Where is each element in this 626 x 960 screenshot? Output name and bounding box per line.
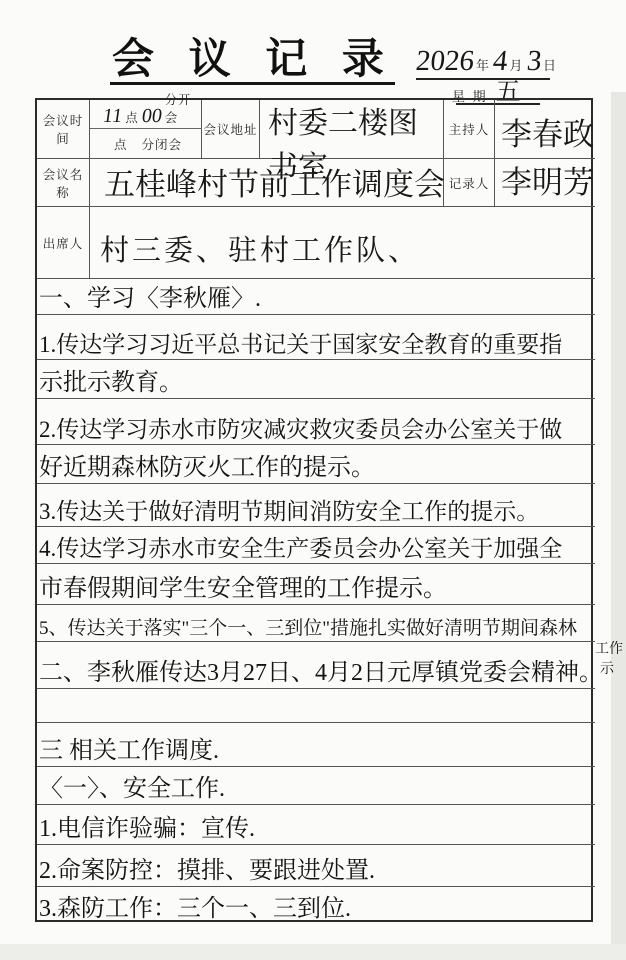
minutes-line: 三 相关工作调度.	[37, 723, 595, 767]
open-hour-handwritten: 11	[102, 106, 124, 126]
location-value-cell: 村委二楼图书室	[260, 100, 444, 159]
minutes-line-empty	[37, 689, 595, 723]
attendees-value-cell: 村三委、驻村工作队、	[90, 207, 595, 279]
open-suffix-label: 分开会	[165, 90, 197, 126]
date-month-label: 月	[510, 55, 525, 74]
open-minute-handwritten: 00	[140, 106, 163, 126]
date-day-handwritten: 3	[525, 47, 543, 76]
recorder-label-cell: 记录人	[444, 159, 495, 207]
open-hour-label: 点	[125, 108, 139, 126]
margin-note-overflow: 示	[600, 662, 614, 677]
minutes-line: 2.命案防控：摸排、要跟进处置.	[37, 845, 595, 887]
host-value-cell: 李春政	[495, 100, 595, 159]
minutes-line: 3.传达关于做好清明节期间消防安全工作的提示。	[37, 484, 595, 527]
date-year-handwritten: 2026	[414, 47, 475, 76]
minutes-line: 一、学习〈李秋雁〉.	[37, 279, 595, 315]
location-label-cell: 会议地址	[202, 100, 260, 159]
minutes-line: 5、传达关于落实"三个一、三到位"措施扎实做好清明节期间森林	[37, 605, 595, 642]
scanned-meeting-minutes-page: 会 议 记 录 2026 年 4 月 3 日 星 期 五 会议时间 11 点 0…	[0, 0, 626, 960]
meeting-time-label-cell: 会议时间	[37, 100, 90, 159]
meeting-name-label-cell: 会议名称	[37, 159, 90, 207]
date-month-handwritten: 4	[491, 47, 509, 76]
minutes-body: 一、学习〈李秋雁〉. 1.传达学习习近平总书记关于国家安全教育的重要指 示批示教…	[37, 279, 595, 924]
margin-note-overflow: 工作	[595, 642, 623, 657]
recorder-value-cell: 李明芳	[495, 159, 595, 207]
scan-edge-shadow-right	[611, 92, 626, 944]
date-line: 2026 年 4 月 3 日	[416, 38, 616, 76]
recorder-value-handwritten: 李明芳	[495, 167, 594, 206]
minutes-form-table: 会议时间 11 点 00 分开会 点 分闭会 会议地址 村委二楼图书室 主持人 …	[35, 98, 593, 922]
minutes-line: 市春假期间学生安全管理的工作提示。	[37, 564, 595, 605]
meeting-open-time: 11 点 00 分开会	[90, 100, 201, 129]
host-value-handwritten: 李春政	[495, 119, 594, 158]
minutes-line: 好近期森林防灭火工作的提示。	[37, 445, 595, 484]
minutes-line: 1.传达学习习近平总书记关于国家安全教育的重要指	[37, 315, 595, 360]
date-year-label: 年	[476, 55, 491, 74]
meeting-time-value-cell: 11 点 00 分开会 点 分闭会	[90, 100, 202, 159]
close-suffix-label: 分闭会	[142, 135, 183, 153]
minutes-line: 1.电信诈验骗：宣传.	[37, 805, 595, 845]
host-label-cell: 主持人	[444, 100, 495, 159]
minutes-line: 4.传达学习赤水市安全生产委员会办公室关于加强全	[37, 527, 595, 564]
title-underline	[110, 82, 395, 85]
date-day-label: 日	[543, 55, 558, 74]
location-value-handwritten: 村委二楼图书室	[268, 102, 436, 189]
meeting-close-time: 点 分闭会	[90, 129, 201, 157]
minutes-line: 2.传达学习赤水市防灾减灾救灾委员会办公室关于做	[37, 399, 595, 445]
minutes-line: 示批示教育。	[37, 360, 595, 399]
minutes-line: 3.森防工作：三个一、三到位.	[37, 887, 595, 924]
close-hour-label: 点	[114, 135, 128, 153]
minutes-line: 〈一〉、安全工作.	[37, 767, 595, 805]
attendees-label-cell: 出席人	[37, 207, 90, 279]
scan-edge-shadow-bottom	[0, 944, 626, 960]
page-title: 会 议 记 录	[112, 26, 412, 86]
attendees-value-handwritten: 村三委、驻村工作队、	[90, 237, 420, 278]
minutes-line: 二、李秋雁传达3月27日、4月2日元厚镇党委会精神。	[37, 642, 595, 689]
